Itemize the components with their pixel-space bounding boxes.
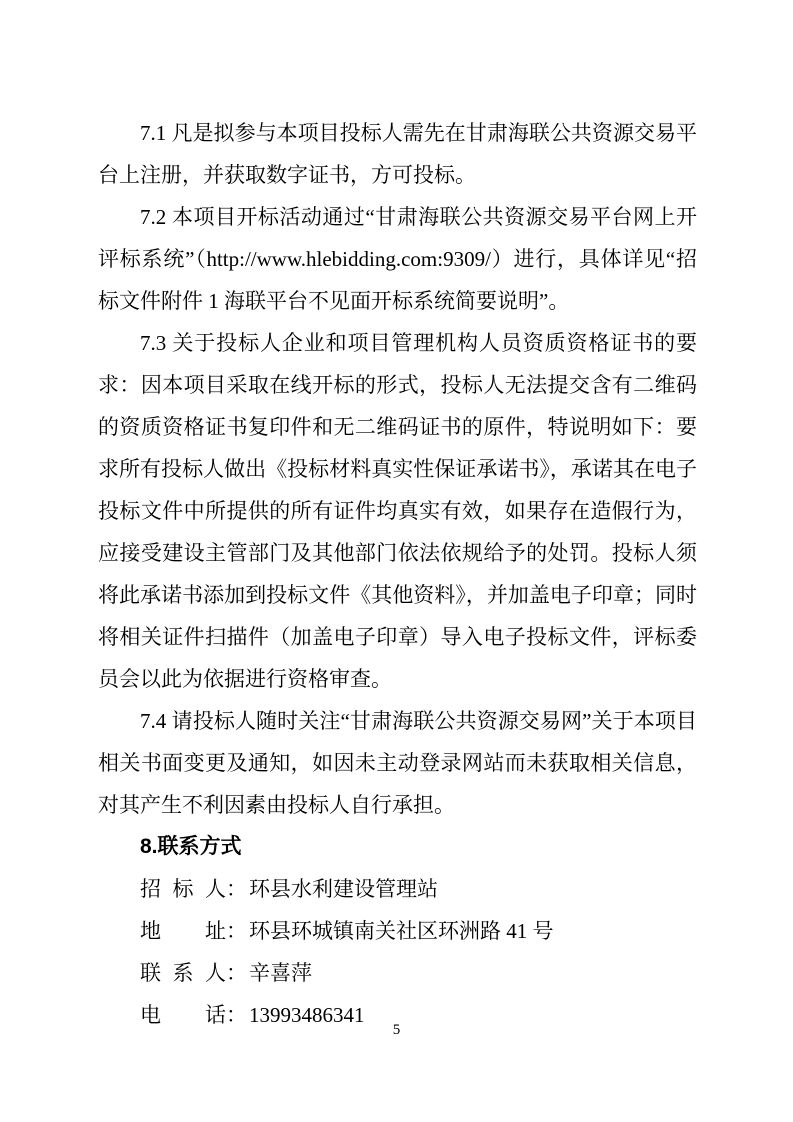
contact-row-contact-person: 联系人：辛喜萍 (98, 952, 697, 994)
colon: ： (226, 868, 247, 910)
contact-label-address: 地址 (140, 910, 226, 952)
paragraph-7-3: 7.3 关于投标人企业和项目管理机构人员资质资格证书的要求：因本项目采取在线开标… (98, 322, 697, 700)
contact-value-address: 环县环城镇南关社区环洲路 41 号 (249, 910, 554, 952)
section-heading-contact: 8.联系方式 (98, 826, 697, 868)
paragraph-7-1: 7.1 凡是拟参与本项目投标人需先在甘肃海联公共资源交易平台上注册，并获取数字证… (98, 112, 697, 196)
contact-row-address: 地址：环县环城镇南关社区环洲路 41 号 (98, 910, 697, 952)
document-page: 7.1 凡是拟参与本项目投标人需先在甘肃海联公共资源交易平台上注册，并获取数字证… (0, 0, 793, 1122)
contact-label-contact-person: 联系人 (140, 952, 226, 994)
paragraph-7-2: 7.2 本项目开标活动通过“甘肃海联公共资源交易平台网上开评标系统”（http:… (98, 196, 697, 322)
page-number: 5 (393, 1022, 401, 1038)
contact-value-tenderer: 环县水利建设管理站 (249, 868, 438, 910)
document-body: 7.1 凡是拟参与本项目投标人需先在甘肃海联公共资源交易平台上注册，并获取数字证… (98, 112, 697, 1036)
contact-row-tenderer: 招标人：环县水利建设管理站 (98, 868, 697, 910)
colon: ： (226, 910, 247, 952)
colon: ： (226, 952, 247, 994)
paragraph-7-4: 7.4 请投标人随时关注“甘肃海联公共资源交易网”关于本项目相关书面变更及通知，… (98, 700, 697, 826)
page-footer: 5 (0, 1020, 793, 1040)
contact-label-tenderer: 招标人 (140, 868, 226, 910)
contact-value-contact-person: 辛喜萍 (249, 952, 312, 994)
